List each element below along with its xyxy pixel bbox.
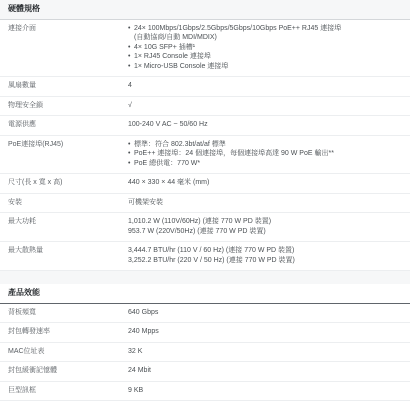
value-line: 可機架安裝 (128, 198, 402, 208)
value-line: •PoE++ 連接埠：24 個連接埠，每個連接埠高達 90 W PoE 輸出** (128, 149, 402, 159)
value-line: 4 (128, 81, 402, 91)
spec-row: 安裝可機架安裝 (0, 194, 410, 214)
value-text: 3,444.7 BTU/hr (110 V / 60 Hz) (連接 770 W… (128, 246, 294, 256)
value-line: 953.7 W (220V/50Hz) (連接 770 W PD 裝置) (128, 227, 402, 237)
value-line: 240 Mpps (128, 327, 402, 337)
section-title: 產品效能 (0, 284, 410, 304)
value-text: 953.7 W (220V/50Hz) (連接 770 W PD 裝置) (128, 227, 266, 237)
row-value: 可機架安裝 (128, 198, 402, 208)
row-value: 240 Mpps (128, 327, 402, 337)
section-title: 硬體規格 (0, 0, 410, 20)
row-value: 3,444.7 BTU/hr (110 V / 60 Hz) (連接 770 W… (128, 246, 402, 265)
row-label: 最大功耗 (8, 217, 122, 236)
value-line: 32 K (128, 347, 402, 357)
row-label: 封包轉發速率 (8, 327, 122, 337)
row-value: 100-240 V AC ~ 50/60 Hz (128, 120, 402, 130)
row-value: 24 Mbit (128, 366, 402, 376)
row-label: 背板頻寬 (8, 308, 122, 318)
row-value: •24× 100Mbps/1Gbps/2.5Gbps/5Gbps/10Gbps … (128, 24, 402, 72)
value-text: PoE 總供電：770 W* (134, 159, 200, 169)
row-value: √ (128, 101, 402, 111)
value-line: •標準：符合 802.3bt/at/af 標準 (128, 140, 402, 150)
value-line: •1× RJ45 Console 連接埠 (128, 52, 402, 62)
row-label: 封包緩衝記憶體 (8, 366, 122, 376)
value-text: PoE++ 連接埠：24 個連接埠，每個連接埠高達 90 W PoE 輸出** (134, 149, 334, 159)
row-label: MAC位址表 (8, 347, 122, 357)
row-value: 9 KB (128, 386, 402, 396)
row-value: 32 K (128, 347, 402, 357)
spec-row: 封包轉發速率240 Mpps (0, 323, 410, 343)
spec-row: 最大散熱量3,444.7 BTU/hr (110 V / 60 Hz) (連接 … (0, 242, 410, 271)
row-label: 風扇數量 (8, 81, 122, 91)
value-text: 24 Mbit (128, 366, 151, 376)
value-text: 4 (128, 81, 132, 91)
value-text: 240 Mpps (128, 327, 159, 337)
value-text: 3,252.2 BTU/hr (220 V / 50 Hz) (連接 770 W… (128, 256, 295, 266)
spec-tables: 硬體規格連接介面•24× 100Mbps/1Gbps/2.5Gbps/5Gbps… (0, 0, 410, 401)
spec-row: PoE連接埠(RJ45)•標準：符合 802.3bt/at/af 標準•PoE+… (0, 136, 410, 175)
value-line: •4× 10G SFP+ 插槽¹ (128, 43, 402, 53)
value-text: 32 K (128, 347, 142, 357)
value-line: (自動協商/自動 MDI/MDIX) (128, 33, 402, 43)
value-text: 100-240 V AC ~ 50/60 Hz (128, 120, 208, 130)
value-line: 9 KB (128, 386, 402, 396)
row-label: 尺寸(長 x 寬 x 高) (8, 178, 122, 188)
spec-row: 巨型訊框9 KB (0, 382, 410, 402)
value-text: 1× Micro-USB Console 連接埠 (134, 62, 228, 72)
row-value: 640 Gbps (128, 308, 402, 318)
spec-row: 封包緩衝記憶體24 Mbit (0, 362, 410, 382)
row-value: 4 (128, 81, 402, 91)
value-text: 4× 10G SFP+ 插槽¹ (134, 43, 195, 53)
value-text: 標準：符合 802.3bt/at/af 標準 (134, 140, 226, 150)
spec-row: 最大功耗1,010.2 W (110V/60Hz) (連接 770 W PD 裝… (0, 213, 410, 242)
value-text: 9 KB (128, 386, 143, 396)
row-value: 1,010.2 W (110V/60Hz) (連接 770 W PD 裝置)95… (128, 217, 402, 236)
section-gap (0, 271, 410, 284)
row-label: 最大散熱量 (8, 246, 122, 265)
spec-row: 尺寸(長 x 寬 x 高)440 × 330 × 44 毫米 (mm) (0, 174, 410, 194)
value-text: 440 × 330 × 44 毫米 (mm) (128, 178, 209, 188)
value-text: 1,010.2 W (110V/60Hz) (連接 770 W PD 裝置) (128, 217, 271, 227)
row-label: 連接介面 (8, 24, 122, 72)
value-line: 3,252.2 BTU/hr (220 V / 50 Hz) (連接 770 W… (128, 256, 402, 266)
row-label: 安裝 (8, 198, 122, 208)
row-label: 巨型訊框 (8, 386, 122, 396)
value-text: 1× RJ45 Console 連接埠 (134, 52, 211, 62)
value-text: √ (128, 101, 132, 111)
value-text: (自動協商/自動 MDI/MDIX) (134, 33, 217, 43)
value-text: 24× 100Mbps/1Gbps/2.5Gbps/5Gbps/10Gbps P… (134, 24, 341, 34)
value-line: •24× 100Mbps/1Gbps/2.5Gbps/5Gbps/10Gbps … (128, 24, 402, 34)
value-line: 24 Mbit (128, 366, 402, 376)
value-line: •PoE 總供電：770 W* (128, 159, 402, 169)
spec-row: 物理安全鎖√ (0, 97, 410, 117)
value-line: 1,010.2 W (110V/60Hz) (連接 770 W PD 裝置) (128, 217, 402, 227)
spec-row: 背板頻寬640 Gbps (0, 304, 410, 324)
value-line: 3,444.7 BTU/hr (110 V / 60 Hz) (連接 770 W… (128, 246, 402, 256)
value-text: 640 Gbps (128, 308, 158, 318)
spec-row: MAC位址表32 K (0, 343, 410, 363)
row-value: •標準：符合 802.3bt/at/af 標準•PoE++ 連接埠：24 個連接… (128, 140, 402, 169)
row-label: 物理安全鎖 (8, 101, 122, 111)
value-text: 可機架安裝 (128, 198, 163, 208)
value-line: √ (128, 101, 402, 111)
value-line: 440 × 330 × 44 毫米 (mm) (128, 178, 402, 188)
spec-row: 風扇數量4 (0, 77, 410, 97)
value-line: •1× Micro-USB Console 連接埠 (128, 62, 402, 72)
value-line: 640 Gbps (128, 308, 402, 318)
value-line: 100-240 V AC ~ 50/60 Hz (128, 120, 402, 130)
row-label: 電源供應 (8, 120, 122, 130)
row-label: PoE連接埠(RJ45) (8, 140, 122, 169)
row-value: 440 × 330 × 44 毫米 (mm) (128, 178, 402, 188)
spec-row: 連接介面•24× 100Mbps/1Gbps/2.5Gbps/5Gbps/10G… (0, 20, 410, 78)
spec-row: 電源供應100-240 V AC ~ 50/60 Hz (0, 116, 410, 136)
